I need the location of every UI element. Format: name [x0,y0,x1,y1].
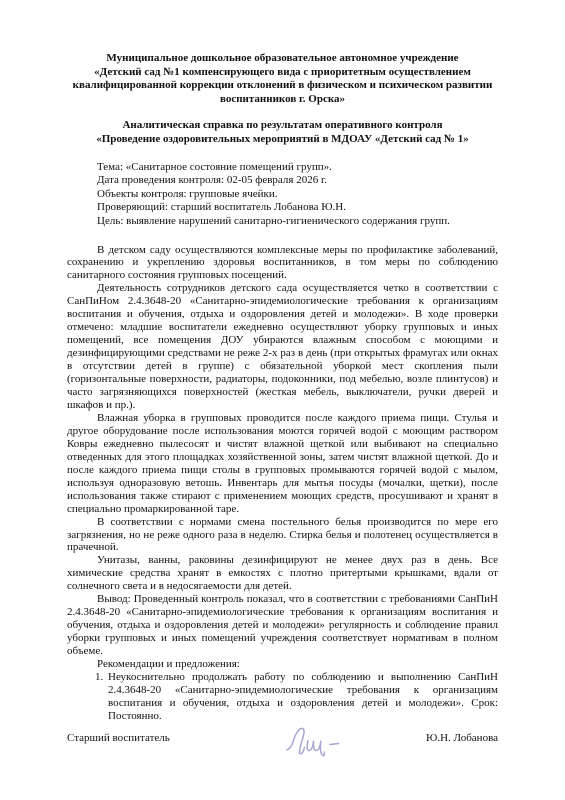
signer-name: Ю.Н. Лобанова [426,732,498,745]
meta-theme: Тема: «Санитарное состояние помещений гр… [67,161,498,175]
paragraph: Влажная уборка в групповых проводится по… [67,412,498,516]
meta-inspector: Проверяющий: старший воспитатель Лобанов… [67,201,498,215]
recommendation-number: 1. [95,671,108,723]
signature-block: Старший воспитатель Ю.Н. Лобанова [67,732,498,745]
org-line: воспитанников г. Орска» [67,93,498,107]
recommendations-heading: Рекомендации и предложения: [67,658,498,671]
title-line: «Проведение оздоровительных мероприятий … [67,133,498,147]
meta-goal: Цель: выявление нарушений санитарно-гиги… [67,215,498,229]
title-line: Аналитическая справка по результатам опе… [67,119,498,133]
meta-objects: Объекты контроля: групповые ячейки. [67,188,498,202]
org-line: Муниципальное дошкольное образовательное… [67,52,498,66]
organization-header: Муниципальное дошкольное образовательное… [67,52,498,106]
org-line: «Детский сад №1 компенсирующего вида с п… [67,66,498,80]
paragraph: Унитазы, ванны, раковины дезинфицируют н… [67,554,498,593]
signer-position-label: Старший воспитатель [67,732,170,745]
recommendation-item: 1. Неукоснительно продолжать работу по с… [67,671,498,723]
control-meta-block: Тема: «Санитарное состояние помещений гр… [67,161,498,229]
conclusion-paragraph: Вывод: Проведенный контроль показал, что… [67,593,498,658]
document-page: Муниципальное дошкольное образовательное… [0,0,565,800]
document-content: Муниципальное дошкольное образовательное… [67,52,498,745]
document-title: Аналитическая справка по результатам опе… [67,119,498,146]
paragraph: Деятельность сотрудников детского сада о… [67,282,498,412]
org-line: квалифицированной коррекции отклонений в… [67,79,498,93]
recommendation-text: Неукоснительно продолжать работу по собл… [108,671,498,723]
paragraph: В детском саду осуществляются комплексны… [67,244,498,283]
meta-date: Дата проведения контроля: 02-05 февраля … [67,174,498,188]
document-body: В детском саду осуществляются комплексны… [67,244,498,723]
handwritten-signature [282,723,352,763]
paragraph: В соответствии с нормами смена постельно… [67,516,498,555]
